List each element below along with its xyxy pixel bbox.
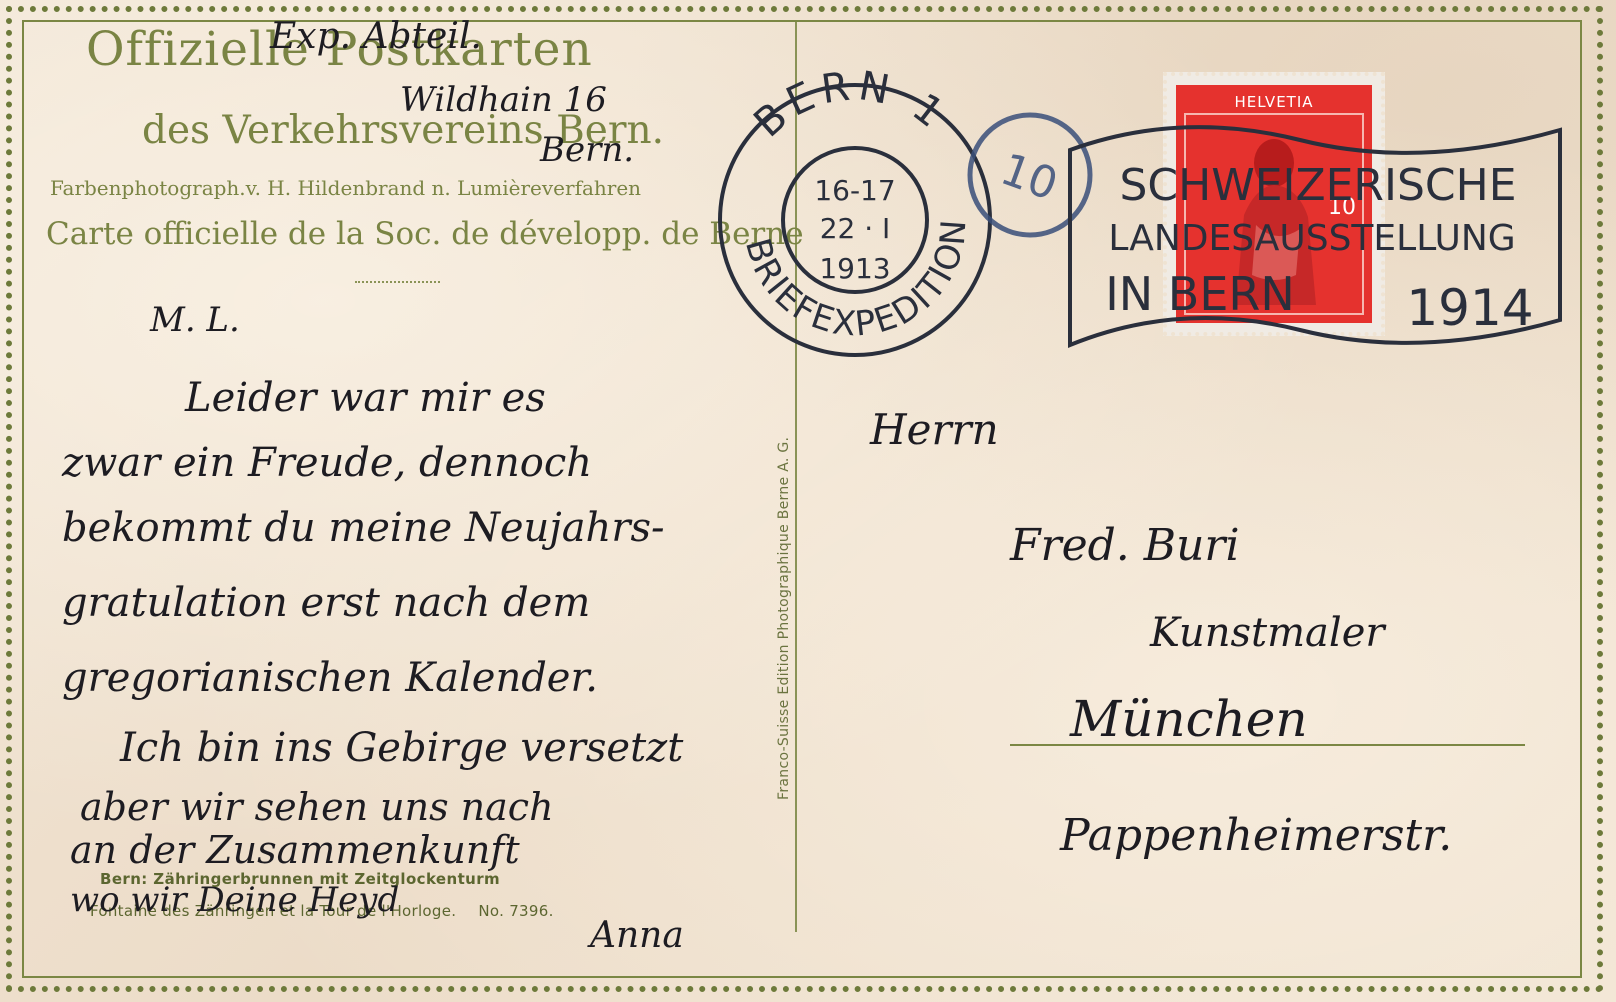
svg-text:SCHWEIZERISCHE: SCHWEIZERISCHE [1119, 160, 1516, 211]
svg-text:BERN 1: BERN 1 [745, 63, 956, 146]
bern-postmark-icon: BERN 1 BRIEFEXPEDITION 16-17 22 · I 1913 [720, 63, 990, 355]
svg-text:10: 10 [994, 144, 1064, 211]
svg-text:22 · I: 22 · I [820, 212, 891, 245]
svg-text:1914: 1914 [1406, 279, 1533, 337]
svg-text:IN BERN: IN BERN [1105, 267, 1295, 321]
svg-text:16-17: 16-17 [814, 174, 895, 207]
svg-text:LANDESAUSSTELLUNG: LANDESAUSSTELLUNG [1108, 218, 1515, 259]
slogan-flag-cancel-icon: SCHWEIZERISCHE LANDESAUSSTELLUNG IN BERN… [1070, 127, 1560, 345]
postmarks-layer: BERN 1 BRIEFEXPEDITION 16-17 22 · I 1913… [0, 0, 1616, 1002]
svg-text:1913: 1913 [819, 252, 890, 285]
